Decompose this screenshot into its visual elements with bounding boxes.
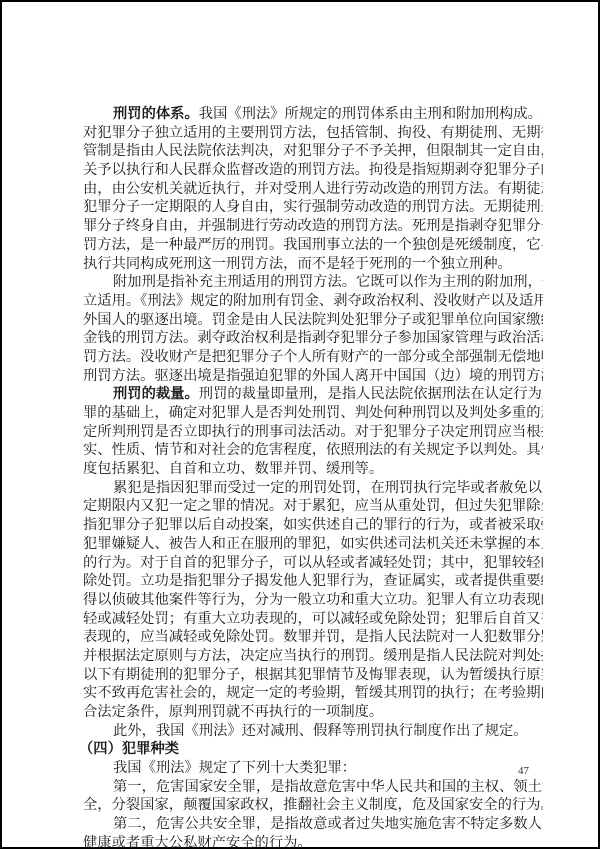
- text-line: 对犯罪分子独立适用的主要刑罚方法，包括管制、拘役、有期徒刑、无期徒刑与死刑。: [83, 124, 543, 143]
- text-line: 罪分子终身自由，并强制进行劳动改造的刑罚方法。死刑是指剥夺犯罪分子生命的刑: [83, 217, 543, 236]
- text-line: 由，由公安机关就近执行，并对受刑人进行劳动改造的刑罚方法。有期徒刑是指剥夺: [83, 180, 543, 199]
- page-body: 刑罚的体系。我国《刑法》所规定的刑罚体系由主刑和附加刑构成。主刑是指 对犯罪分子…: [83, 105, 543, 849]
- text-line: 附加刑是指补充主刑适用的刑罚方法。它既可以作为主刑的附加刑，也可以独: [83, 273, 543, 292]
- paragraph-supplementary-penalty: 附加刑是指补充主刑适用的刑罚方法。它既可以作为主刑的附加刑，也可以独 立适用。《…: [83, 273, 543, 385]
- text-line: 全，分裂国家，颠覆国家政权，推翻社会主义制度，危及国家安全的行为。: [83, 796, 543, 815]
- text-line: 的行为。对于自首的犯罪分子，可以从轻或者减轻处罚；其中，犯罪较轻的，可以免: [83, 554, 543, 573]
- text-line: 此外，我国《刑法》还对减刑、假释等刑罚执行制度作出了规定。: [83, 722, 543, 741]
- document-page: 刑罚的体系。我国《刑法》所规定的刑罚体系由主刑和附加刑构成。主刑是指 对犯罪分子…: [0, 0, 600, 849]
- text-line: 第一，危害国家安全罪，是指故意危害中华人民共和国的主权、领土完整和安: [83, 778, 543, 797]
- paragraph-crime-categories-intro: 我国《刑法》规定了下列十大类犯罪：: [83, 759, 543, 778]
- text-line: 度包括累犯、自首和立功、数罪并罚、缓刑等。: [83, 460, 543, 479]
- text-line: 罪的基础上，确定对犯罪人是否判处刑罚、判处何种刑罚以及判处多重的刑罚、并决: [83, 404, 543, 423]
- text-line: 罚方法。没收财产是把犯罪分子个人所有财产的一部分或全部强制无偿地收归国有的: [83, 348, 543, 367]
- paragraph-recidivism: 累犯是指因犯罪而受过一定的刑罚处罚，在刑罚执行完毕或者赦免以后，在法 定期限内又…: [83, 479, 543, 722]
- text-line: 轻或减轻处罚；有重大立功表现的，可以减轻或免除处罚；犯罪后自首又有重大立功: [83, 610, 543, 629]
- text-line: 第二，危害公共安全罪，是指故意或者过失地实施危害不特定多数人的生命、: [83, 815, 543, 834]
- text-line: 金钱的刑罚方法。剥夺政治权利是指剥夺犯罪分子参加国家管理与政治活动权利的刑: [83, 329, 543, 348]
- section-heading: （四）犯罪种类: [79, 740, 543, 759]
- text-line: 罚方法，是一种最严厉的刑罚。我国刑事立法的一个独创是死缓制度，它与死刑立即: [83, 236, 543, 255]
- text-line: 外国人的驱逐出境。罚金是由人民法院判处犯罪分子或犯罪单位向国家缴纳一定数额: [83, 311, 543, 330]
- text-line: 并根据法定原则与方法，决定应当执行的刑罚。缓刑是指人民法院对判处拘役、三年: [83, 647, 543, 666]
- bold-lead-penalty-system: 刑罚的体系。: [113, 106, 199, 122]
- text-line: 刑罚的裁量。刑罚的裁量即量刑，是指人民法院依据刑法在认定行为人构成犯: [83, 385, 543, 404]
- paragraph-sentencing: 刑罚的裁量。刑罚的裁量即量刑，是指人民法院依据刑法在认定行为人构成犯 罪的基础上…: [83, 385, 543, 478]
- text-line: 实、性质、情节和对社会的危害程度，依照刑法的有关规定予以判处。具体的量刑制: [83, 441, 543, 460]
- text-line: 定所判刑罚是否立即执行的刑事司法活动。对于犯罪分子决定刑罚应当根据犯罪事: [83, 423, 543, 442]
- text-line: 执行共同构成死刑这一刑罚方法，而不是轻于死刑的一个独立刑种。: [83, 255, 543, 274]
- text-line: 刑罚方法。驱逐出境是指强迫犯罪的外国人离开中国国（边）境的刑罚方法。: [83, 367, 543, 386]
- text-line: 立适用。《刑法》规定的附加刑有罚金、剥夺政治权利、没收财产以及适用于犯罪的: [83, 292, 543, 311]
- page-number: 47: [518, 765, 529, 777]
- text-line: 累犯是指因犯罪而受过一定的刑罚处罚，在刑罚执行完毕或者赦免以后，在法: [83, 479, 543, 498]
- paragraph-penalty-system: 刑罚的体系。我国《刑法》所规定的刑罚体系由主刑和附加刑构成。主刑是指 对犯罪分子…: [83, 105, 543, 273]
- text-line: 犯罪嫌疑人、被告人和正在服刑的罪犯，如实供述司法机关还未掌握的本人其他罪行: [83, 535, 543, 554]
- text-line: 以下有期徒刑的犯罪分子，根据其犯罪情节及悔罪表现，认为暂缓执行原判刑罚，确: [83, 666, 543, 685]
- text-line: 管制是指由人民法院依法判决，对犯罪分子不予关押，但限制其一定自由，由公安机: [83, 142, 543, 161]
- text-span: 刑罚的裁量即量刑，是指人民法院依据刑法在认定行为人构成犯: [199, 386, 543, 402]
- bold-lead-sentencing: 刑罚的裁量。: [113, 386, 199, 402]
- text-line: 表现的，应当减轻或免除处罚。数罪并罚，是指人民法院对一人犯数罪分别定罪量刑，: [83, 628, 543, 647]
- text-line: 健康或者重大公私财产安全的行为。: [83, 834, 543, 849]
- text-line: 得以侦破其他案件等行为，分为一般立功和重大立功。犯罪人有立功表现的，可以从: [83, 591, 543, 610]
- paragraph-crime-category-2: 第二，危害公共安全罪，是指故意或者过失地实施危害不特定多数人的生命、 健康或者重…: [83, 815, 543, 849]
- text-line: 指犯罪分子犯罪以后自动投案，如实供述自己的罪行的行为，或者被采取强制措施的: [83, 516, 543, 535]
- text-line: 实不致再危害社会的，规定一定的考验期，暂缓其刑罚的执行；在考验期内，如果符: [83, 684, 543, 703]
- text-line: 定期限内又犯一定之罪的情况。对于累犯，应当从重处罚，但过失犯罪除外。自首是: [83, 497, 543, 516]
- paragraph-crime-category-1: 第一，危害国家安全罪，是指故意危害中华人民共和国的主权、领土完整和安 全，分裂国…: [83, 778, 543, 815]
- text-line: 除处罚。立功是指犯罪分子揭发他人犯罪行为，查证属实，或者提供重要线索，从而: [83, 572, 543, 591]
- paragraph-execution-system: 此外，我国《刑法》还对减刑、假释等刑罚执行制度作出了规定。: [83, 722, 543, 741]
- text-line: 我国《刑法》规定了下列十大类犯罪：: [83, 759, 543, 778]
- text-span: 我国《刑法》所规定的刑罚体系由主刑和附加刑构成。主刑是指: [199, 106, 543, 122]
- text-line: 犯罪分子一定期限的人身自由，实行强制劳动改造的刑罚方法。无期徒刑是指剥夺犯: [83, 198, 543, 217]
- text-line: 关予以执行和人民群众监督改造的刑罚方法。拘役是指短期剥夺犯罪分子的人身自: [83, 161, 543, 180]
- text-line: 合法定条件，原判刑罚就不再执行的一项制度。: [83, 703, 543, 722]
- text-line: 刑罚的体系。我国《刑法》所规定的刑罚体系由主刑和附加刑构成。主刑是指: [83, 105, 543, 124]
